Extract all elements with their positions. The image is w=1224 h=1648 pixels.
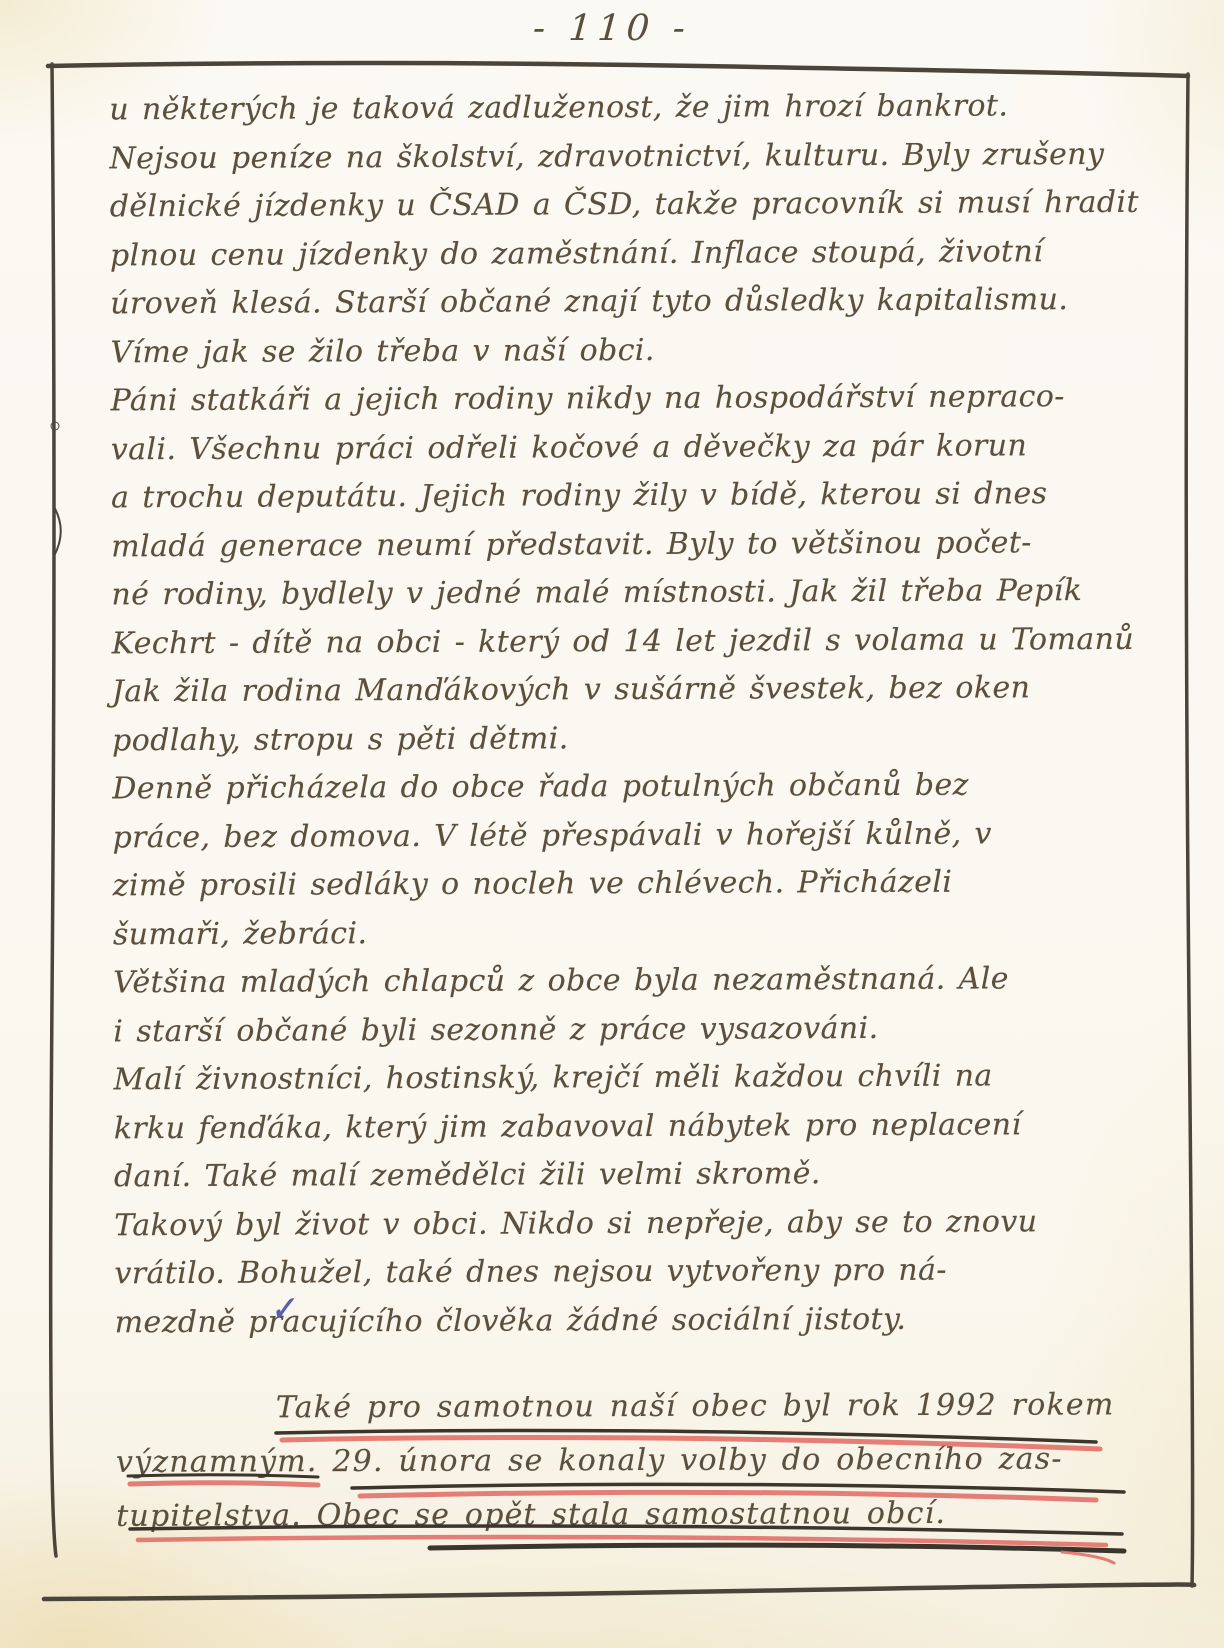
text-line: práce, bez domova. V létě přespávali v h… — [112, 809, 1174, 862]
text-line: Denně přicházela do obce řada potulných … — [112, 761, 1174, 814]
main-text: u některých je taková zadluženost, že ji… — [109, 82, 1176, 1348]
text-line: Většina mladých chlapců z obce byla neza… — [113, 955, 1175, 1008]
text-line: Malí živnostníci, hostinský, krejčí měli… — [113, 1052, 1175, 1105]
text-line: Páni statkáři a jejich rodiny nikdy na h… — [111, 373, 1173, 426]
text-line: úroveň klesá. Starší občané znají tyto d… — [110, 276, 1172, 329]
closing-line: tupitelstva. Obec se opět stala samostat… — [116, 1486, 1176, 1544]
red-underline-hook — [1062, 1552, 1114, 1563]
ink-blot-mark — [51, 422, 59, 430]
frame-left-border — [51, 64, 56, 1556]
closing-line: Také pro samotnou naší obec byl rok 1992… — [116, 1378, 1176, 1436]
frame-bottom-border — [44, 1585, 1194, 1599]
text-line: vrátilo. Bohužel, také dnes nejsou vytvo… — [114, 1246, 1176, 1299]
text-line: né rodiny, bydlely v jedné malé místnost… — [111, 567, 1173, 620]
margin-arc-mark — [53, 505, 61, 556]
text-line: krku fenďáka, který jim zabavoval nábyte… — [114, 1100, 1176, 1153]
scanned-chronicle-page: { "page": { "number_label": "- 110 -" },… — [0, 0, 1224, 1648]
text-line: mladá generace neumí představit. Byly to… — [111, 518, 1173, 571]
text-line: plnou cenu jízdenky do zaměstnání. Infla… — [110, 227, 1172, 280]
text-line: i starší občané byli sezonně z práce vys… — [113, 1003, 1175, 1056]
checkmark-annotation: ✓ — [268, 1290, 298, 1328]
text-line: dělnické jízdenky u ČSAD a ČSD, takže pr… — [110, 179, 1172, 232]
text-line: Nejsou peníze na školství, zdravotnictví… — [109, 130, 1171, 183]
text-line: a trochu deputátu. Jejich rodiny žily v … — [111, 470, 1173, 523]
text-line: Jak žila rodina Manďákových v sušárně šv… — [112, 664, 1174, 717]
page-number: - 110 - — [0, 8, 1224, 49]
text-line: daní. Také malí zemědělci žili velmi skr… — [114, 1149, 1176, 1202]
black-underline-5 — [430, 1545, 1124, 1551]
frame-top-border — [48, 63, 1188, 76]
text-line: šumaři, žebráci. — [113, 906, 1175, 959]
text-line: Víme jak se žilo třeba v naší obci. — [110, 324, 1172, 377]
text-line: zimě prosili sedláky o nocleh ve chlévec… — [113, 858, 1175, 911]
closing-line: významným. 29. února se konaly volby do … — [116, 1432, 1176, 1490]
text-line: Kechrt - dítě na obci - který od 14 let … — [112, 615, 1174, 668]
text-line: u některých je taková zadluženost, že ji… — [109, 82, 1171, 135]
frame-right-border — [1186, 74, 1192, 1586]
text-line: podlahy, stropu s pěti dětmi. — [112, 712, 1174, 765]
text-line: vali. Všechnu práci odřeli kočové a děve… — [111, 421, 1173, 474]
closing-text: Také pro samotnou naší obec byl rok 1992… — [116, 1378, 1177, 1544]
text-line: Takový byl život v obci. Nikdo si nepřej… — [114, 1197, 1176, 1250]
